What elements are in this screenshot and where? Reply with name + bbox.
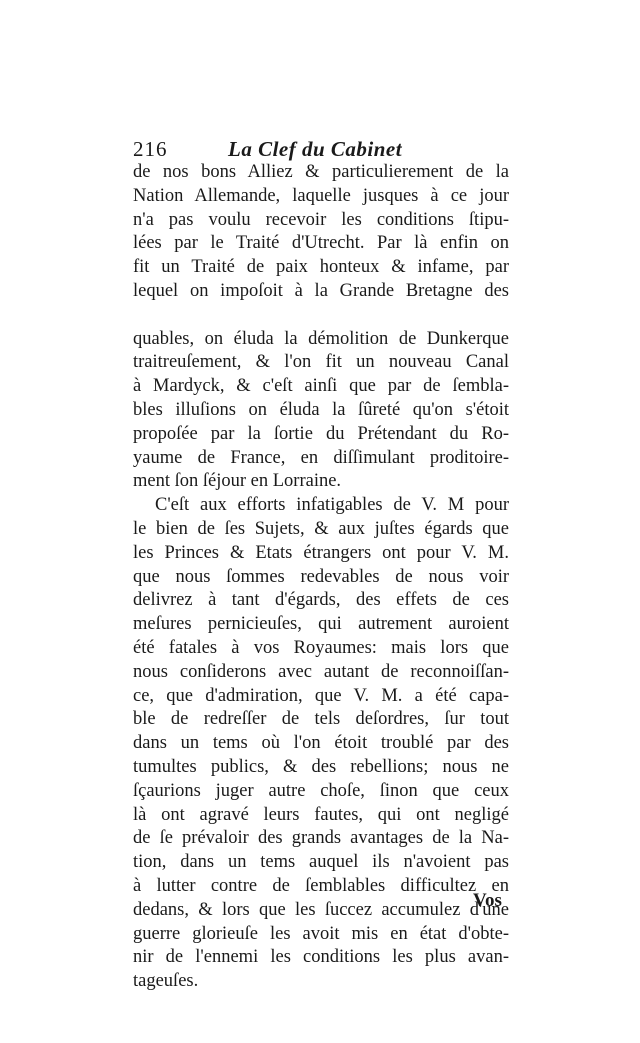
text-line: meſures pernicieuſes, qui autrement auro… — [133, 613, 509, 637]
running-title: La Clef du Cabinet — [228, 137, 402, 161]
text-line: nir de l'ennemi les conditions les plus … — [133, 946, 509, 970]
text-line: propoſée par la ſortie du Prétendant du … — [133, 423, 509, 447]
text-line: été fatales à vos Royaumes: mais lors qu… — [133, 637, 509, 661]
text-line: dans un tems où l'on étoit troublé par d… — [133, 732, 509, 756]
text-line: ment ſon ſéjour en Lorraine. — [133, 470, 509, 494]
text-line: dedans, & lors que les ſuccez accumulez … — [133, 899, 509, 923]
text-line — [133, 304, 509, 328]
catchword: Vos — [473, 889, 502, 913]
text-line: fit un Traité de paix honteux & infame, … — [133, 256, 509, 280]
text-line: guerre glorieuſe les avoit mis en état d… — [133, 923, 509, 947]
text-line: à Mardyck, & c'eſt ainſi que par de ſemb… — [133, 375, 509, 399]
text-line: tageuſes. — [133, 970, 509, 994]
text-line: quables, on éluda la démolition de Dunke… — [133, 328, 509, 352]
text-line: tumultes publics, & des rebellions; nous… — [133, 756, 509, 780]
text-line: lequel on impoſoit à la Grande Bretagne … — [133, 280, 509, 304]
text-line: traitreuſement, & l'on fit un nouveau Ca… — [133, 351, 509, 375]
page-number: 216 — [133, 137, 168, 161]
page-header: 216 La Clef du Cabinet — [133, 137, 509, 161]
text-line: le bien de ſes Sujets, & aux juſtes égar… — [133, 518, 509, 542]
text-line: lées par le Traité d'Utrecht. Par là enf… — [133, 232, 509, 256]
paragraph-2: C'eſt aux efforts infatigables de V. M p… — [133, 494, 509, 994]
text-line: ce, que d'admiration, que V. M. a été ca… — [133, 685, 509, 709]
paragraph-1: de nos bons Alliez & particulierement de… — [133, 161, 509, 494]
text-line: nous conſiderons avec autant de reconnoi… — [133, 661, 509, 685]
text-line: C'eſt aux efforts infatigables de V. M p… — [133, 494, 509, 518]
text-line: ble de redreſſer de tels deſordres, ſur … — [133, 708, 509, 732]
text-line: delivrez à tant d'égards, des effets de … — [133, 589, 509, 613]
text-line: de nos bons Alliez & particulierement de… — [133, 161, 509, 185]
text-line: tion, dans un tems auquel ils n'avoient … — [133, 851, 509, 875]
text-line: yaume de France, en diſſimulant proditoi… — [133, 447, 509, 471]
book-page: 216 La Clef du Cabinet de nos bons Allie… — [133, 137, 509, 994]
text-line: de ſe prévaloir des grands avantages de … — [133, 827, 509, 851]
text-line: à lutter contre de ſemblables difficulte… — [133, 875, 509, 899]
text-line: ſçaurions juger autre choſe, ſinon que c… — [133, 780, 509, 804]
text-line: les Princes & Etats étrangers ont pour V… — [133, 542, 509, 566]
text-line: Nation Allemande, laquelle jusques à ce … — [133, 185, 509, 209]
text-line: là ont agravé leurs fautes, qui ont negl… — [133, 804, 509, 828]
text-line: bles illuſions on éluda la ſûreté qu'on … — [133, 399, 509, 423]
text-line: n'a pas voulu recevoir les conditions ſt… — [133, 209, 509, 233]
text-line: que nous ſommes redevables de nous voir — [133, 566, 509, 590]
